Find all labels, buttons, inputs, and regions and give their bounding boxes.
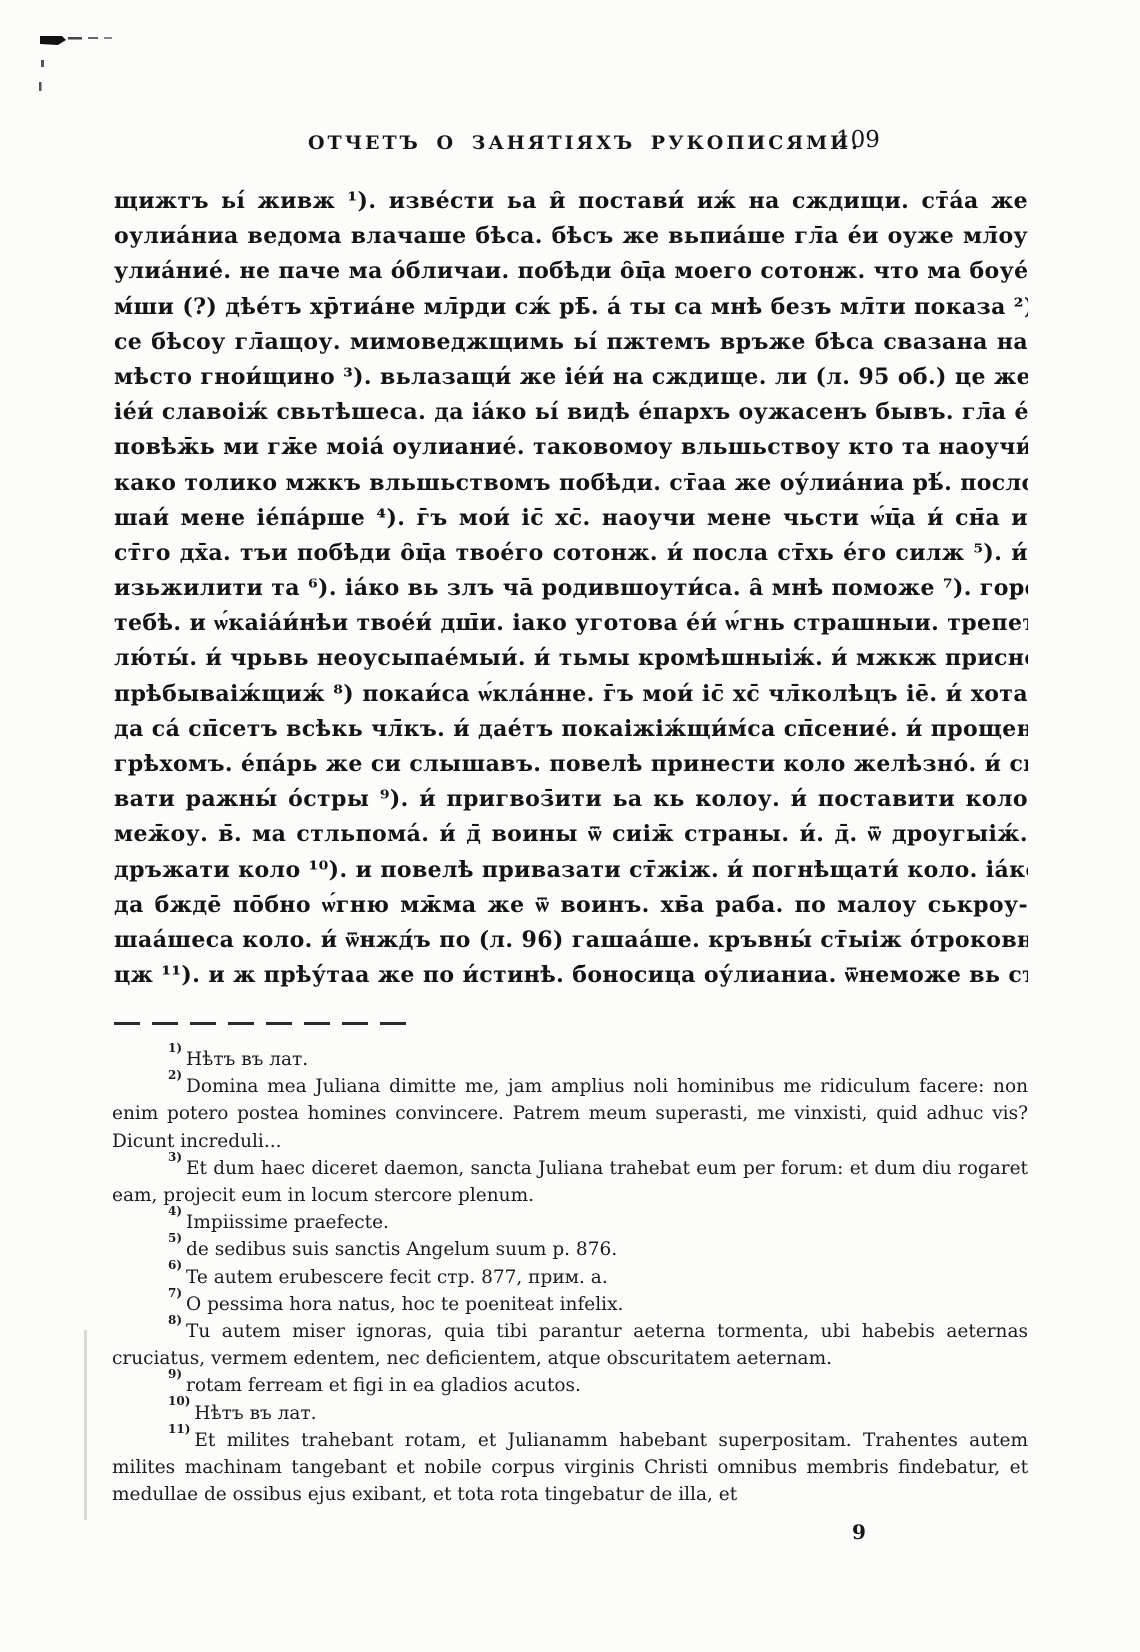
footnote-text: Et milites trahebant rotam, et Julianamm…: [112, 1430, 1028, 1505]
footnote-marker: 6): [168, 1258, 182, 1272]
scanned-page: ОТЧЕТЪ О ЗАНЯТІЯХЪ РУКОПИСЯМИ. 109 щижтъ…: [0, 0, 1140, 1652]
footnote-marker: 5): [168, 1231, 182, 1245]
footnote-text: Et dum haec diceret daemon, sancta Julia…: [112, 1158, 1028, 1206]
footnote-marker: 11): [168, 1422, 190, 1436]
footnote-text: rotam ferream et figi in ea gladios acut…: [186, 1375, 581, 1396]
footnote: 10)Нѣтъ въ лат.: [112, 1400, 1028, 1427]
manuscript-line: да са́ сп̄сетъ всѣкь чл̄къ. и́ дае́тъ по…: [114, 712, 1028, 747]
footnote: 1)Нѣтъ въ лат.: [112, 1046, 1028, 1073]
running-header-title: ОТЧЕТЪ О ЗАНЯТІЯХЪ РУКОПИСЯМИ.: [308, 132, 861, 154]
manuscript-line: да бжде̄ по̄бно ѡ́гню мж̄ма же ѿ воинъ. …: [114, 888, 1028, 923]
manuscript-line: мѣсто гнои́щино ³). вьлазащи́ же іе́и́ н…: [114, 360, 1028, 395]
footnote-text: Domina mea Juliana dimitte me, jam ampli…: [112, 1076, 1028, 1151]
footnote-marker: 1): [168, 1041, 182, 1055]
footnote: 5)de sedibus suis sanctis Angelum suum p…: [112, 1236, 1028, 1263]
footnote-text: Нѣтъ въ лат.: [186, 1049, 308, 1070]
footnote-text: Нѣтъ въ лат.: [194, 1403, 316, 1424]
footnote-marker: 4): [168, 1204, 182, 1218]
footnote-marker: 8): [168, 1313, 182, 1327]
footnote: 3)Et dum haec diceret daemon, sancta Jul…: [112, 1155, 1028, 1209]
footnote: 2)Domina mea Juliana dimitte me, jam amp…: [112, 1073, 1028, 1155]
manuscript-line: шаи́ мене іе́па́рше ⁴). г̄ъ мои́ іс̄ хс̄…: [114, 501, 1028, 536]
manuscript-line: се бѣсоу гл̄ащоу. мимоведжщимь ьі́ пжтем…: [114, 325, 1028, 360]
manuscript-line: меж̄оу. в̄. ма стльпома́. и́ д̄ воины ѿ …: [114, 817, 1028, 852]
manuscript-line: како толико мжкъ вльшьствомъ побѣди. ст̄…: [114, 466, 1028, 501]
footnote-marker: 7): [168, 1286, 182, 1300]
footnote-text: Impiissime praefecte.: [186, 1212, 389, 1233]
footnote: 6)Te autem erubescere fecit стр. 877, пр…: [112, 1264, 1028, 1291]
page-number: 109: [836, 127, 880, 153]
footnote: 7)O pessima hora natus, hoc te poeniteat…: [112, 1291, 1028, 1318]
manuscript-line: улиа́ние́. не паче ма о́бличаи. побѣди о…: [114, 254, 1028, 289]
footnote-marker: 10): [168, 1394, 190, 1408]
footnote: 11)Et milites trahebant rotam, et Julian…: [112, 1427, 1028, 1509]
footnote: 4)Impiissime praefecte.: [112, 1209, 1028, 1236]
footnote-marker: 9): [168, 1367, 182, 1381]
footnote-marker: 2): [168, 1068, 182, 1082]
footnotes-block: 1)Нѣтъ въ лат. 2)Domina mea Juliana dimi…: [112, 1046, 1028, 1508]
footnote-text: O pessima hora natus, hoc te poeniteat i…: [186, 1294, 623, 1315]
manuscript-line: оулиа́ниа ведома влачаше бѣса. бѣсъ же в…: [114, 219, 1028, 254]
manuscript-line: тебѣ. и ѡ́каіа́и́нѣи твое́и́ дш̄и. іако …: [114, 606, 1028, 641]
manuscript-line: цж ¹¹). и ж прѣу́таа же по и́стинѣ. б̄он…: [114, 958, 1028, 993]
footnote-text: Te autem erubescere fecit стр. 877, прим…: [186, 1267, 608, 1288]
manuscript-line: дръжати коло ¹⁰). и повелѣ привазати ст̄…: [114, 853, 1028, 888]
footnote: 9)rotam ferream et figi in ea gladios ac…: [112, 1372, 1028, 1399]
manuscript-line: изьжилити та ⁶). іа́ко вь злъ ча̄ родивш…: [114, 571, 1028, 606]
manuscript-line: шаа́шеса коло. и́ ѿнжд́ъ по (л. 96) гаша…: [114, 923, 1028, 958]
footnote-separator: [114, 1022, 406, 1025]
footnote-text: de sedibus suis sanctis Angelum suum p. …: [186, 1239, 617, 1260]
manuscript-line: ст̄го дх̄а. тъи побѣди о̑ц̄а твое́го сот…: [114, 536, 1028, 571]
manuscript-line: повѣж̄ь ми гж̄е моіа́ оулиание́. таковом…: [114, 430, 1028, 465]
signature-mark: 9: [852, 1520, 866, 1544]
manuscript-line: грѣхомъ. е́па́рь же си слышавъ. повелѣ п…: [114, 747, 1028, 782]
manuscript-line: іе́и́ славоіж́ свьтѣшеса. да іа́ко ьі́ в…: [114, 395, 1028, 430]
footnote-marker: 3): [168, 1150, 182, 1164]
manuscript-line: щижтъ ьі́ живж ¹). изве́сти ьа и̑ постав…: [114, 184, 1028, 219]
manuscript-line: лю́ты́. и́ чрьвь неоусыпае́мыи́. и́ тьмы…: [114, 641, 1028, 676]
manuscript-line: вати ражны́ о́стры ⁹). и́ пригвоз̄ити ьа…: [114, 782, 1028, 817]
manuscript-line: прѣбываіж́щиж́ ⁸) покаи́са ѡ́кла́нне. г̄…: [114, 677, 1028, 712]
manuscript-line: м́ши (?) дѣе́тъ хр̄тиа́не мл̄рди сж́ рѣ̄…: [114, 290, 1028, 325]
manuscript-text-block: щижтъ ьі́ живж ¹). изве́сти ьа и̑ постав…: [114, 184, 1028, 993]
scan-artifact-corner: [36, 32, 216, 102]
footnote: 8)Tu autem miser ignoras, quia tibi para…: [112, 1318, 1028, 1372]
footnote-text: Tu autem miser ignoras, quia tibi parant…: [112, 1321, 1028, 1369]
